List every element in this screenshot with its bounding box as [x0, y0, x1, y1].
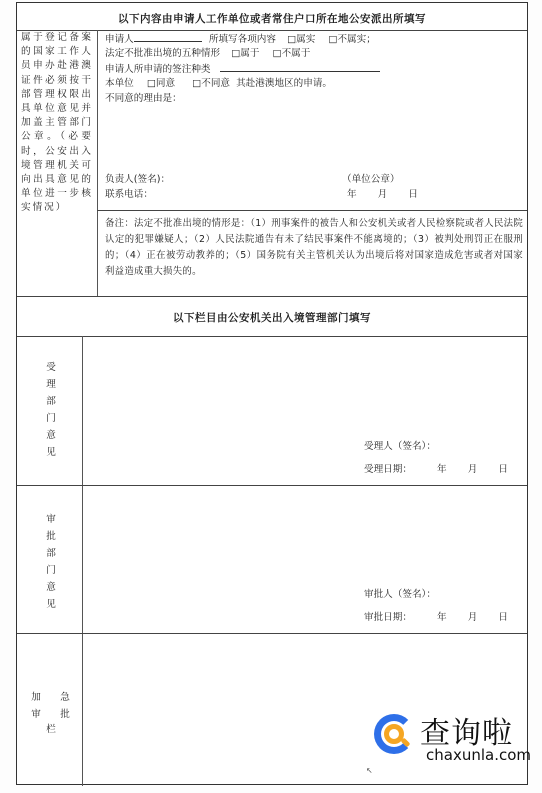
checkbox-true[interactable]: □属实 — [287, 34, 315, 45]
approval-line: 本单位 □同意 □不同意 其赴港澳地区的申请。 — [105, 77, 332, 90]
urgent-label-col2: 急 批 — [59, 689, 71, 723]
checkbox-belongs[interactable]: □属于 — [231, 48, 259, 59]
label-char: 批 — [59, 706, 71, 723]
five-situations-line: 法定不批准出境的五种情形 □属于 □不属于 — [105, 47, 310, 60]
checkbox-disagree[interactable]: □不同意 — [192, 78, 230, 89]
approval-tail: 其赴港澳地区的申请。 — [236, 78, 332, 89]
remark-text: 备注：法定不批准出境的情形是：（1）刑事案件的被告人和公安机关或者人民检察院或者… — [105, 216, 523, 280]
approver-signature-label: 审批人（签名）： — [364, 588, 436, 601]
approval-date-label: 审批日期： — [364, 612, 412, 623]
day-label: 日 — [498, 612, 508, 623]
applicant-line: 申请人 所填写各项内容 □属实 □不属实； — [105, 32, 376, 46]
month-label: 月 — [468, 464, 478, 475]
label-char: 部 — [45, 545, 57, 562]
application-form-table: 以下内容由申请人工作单位或者常住户口所在地公安派出所填写 属于登记备案的国家工作… — [16, 2, 528, 785]
month-label: 月 — [468, 612, 478, 623]
endorsement-type-field[interactable] — [220, 62, 380, 72]
label-char: 批 — [45, 528, 57, 545]
disagree-reason-label: 不同意的理由是： — [105, 92, 182, 105]
year-label: 年 — [347, 189, 357, 200]
divider — [97, 210, 527, 211]
divider — [17, 30, 527, 31]
year-label: 年 — [437, 464, 447, 475]
watermark-logo: 查询啦 chaxunla.com — [368, 706, 528, 776]
unit-label: 本单位 — [105, 78, 134, 89]
acceptance-date: 受理日期： 年 月 日 — [364, 463, 508, 476]
approval-date: 审批日期： 年 月 日 — [364, 611, 508, 624]
watermark-en: chaxunla.com — [426, 746, 531, 764]
urgent-label-bottom: 栏 — [45, 721, 57, 738]
five-situations-label: 法定不批准出境的五种情形 — [105, 48, 220, 59]
label-char: 意 — [45, 579, 57, 596]
divider — [17, 296, 527, 297]
divider — [17, 633, 527, 634]
checkbox-not-belongs[interactable]: □不属于 — [273, 48, 311, 59]
year-label: 年 — [437, 612, 447, 623]
phone-label: 联系电话： — [105, 188, 153, 201]
divider — [17, 336, 527, 337]
acceptance-dept-label: 受 理 部 门 意 见 — [45, 359, 57, 461]
applicant-name-field[interactable] — [134, 32, 202, 42]
section1-title: 以下内容由申请人工作单位或者常住户口所在地公安派出所填写 — [17, 11, 527, 26]
label-char: 审 — [30, 706, 42, 723]
endorsement-line: 申请人所申请的签注种类 — [105, 62, 380, 76]
acceptor-signature-label: 受理人（签名）： — [364, 440, 436, 453]
mouse-cursor-icon: ↖ — [366, 766, 373, 775]
endorsement-label: 申请人所申请的签注种类 — [105, 64, 211, 75]
content-label: 所填写各项内容 — [209, 34, 276, 45]
urgent-label-col1: 加 审 — [30, 689, 42, 723]
signer-label: 负责人(签名)： — [105, 173, 170, 186]
label-char: 受 — [45, 359, 57, 376]
label-char: 门 — [45, 562, 57, 579]
label-char: 门 — [45, 410, 57, 427]
divider — [82, 336, 83, 786]
month-label: 月 — [378, 189, 388, 200]
unit-seal-label: （单位公章） — [342, 173, 400, 186]
label-char: 审 — [45, 511, 57, 528]
day-label: 日 — [498, 464, 508, 475]
checkbox-false[interactable]: □不属实； — [328, 34, 375, 45]
approval-dept-label: 审 批 部 门 意 见 — [45, 511, 57, 613]
checkbox-agree[interactable]: □同意 — [147, 78, 175, 89]
section2-title: 以下栏目由公安机关出入境管理部门填写 — [17, 310, 527, 325]
seal-date: 年 月 日 — [347, 188, 418, 201]
label-char: 加 — [30, 689, 42, 706]
acceptance-date-label: 受理日期： — [364, 464, 412, 475]
applicant-label: 申请人 — [105, 34, 134, 45]
label-char: 急 — [59, 689, 71, 706]
divider — [97, 30, 98, 296]
label-char: 意 — [45, 427, 57, 444]
day-label: 日 — [408, 189, 418, 200]
label-char: 见 — [45, 444, 57, 461]
label-char: 理 — [45, 376, 57, 393]
divider — [17, 485, 527, 486]
label-char: 部 — [45, 393, 57, 410]
left-note: 属于登记备案的国家工作人员申办赴港澳证件必须按干部管理权限出具单位意见并加盖主管… — [21, 31, 93, 216]
label-char: 见 — [45, 596, 57, 613]
